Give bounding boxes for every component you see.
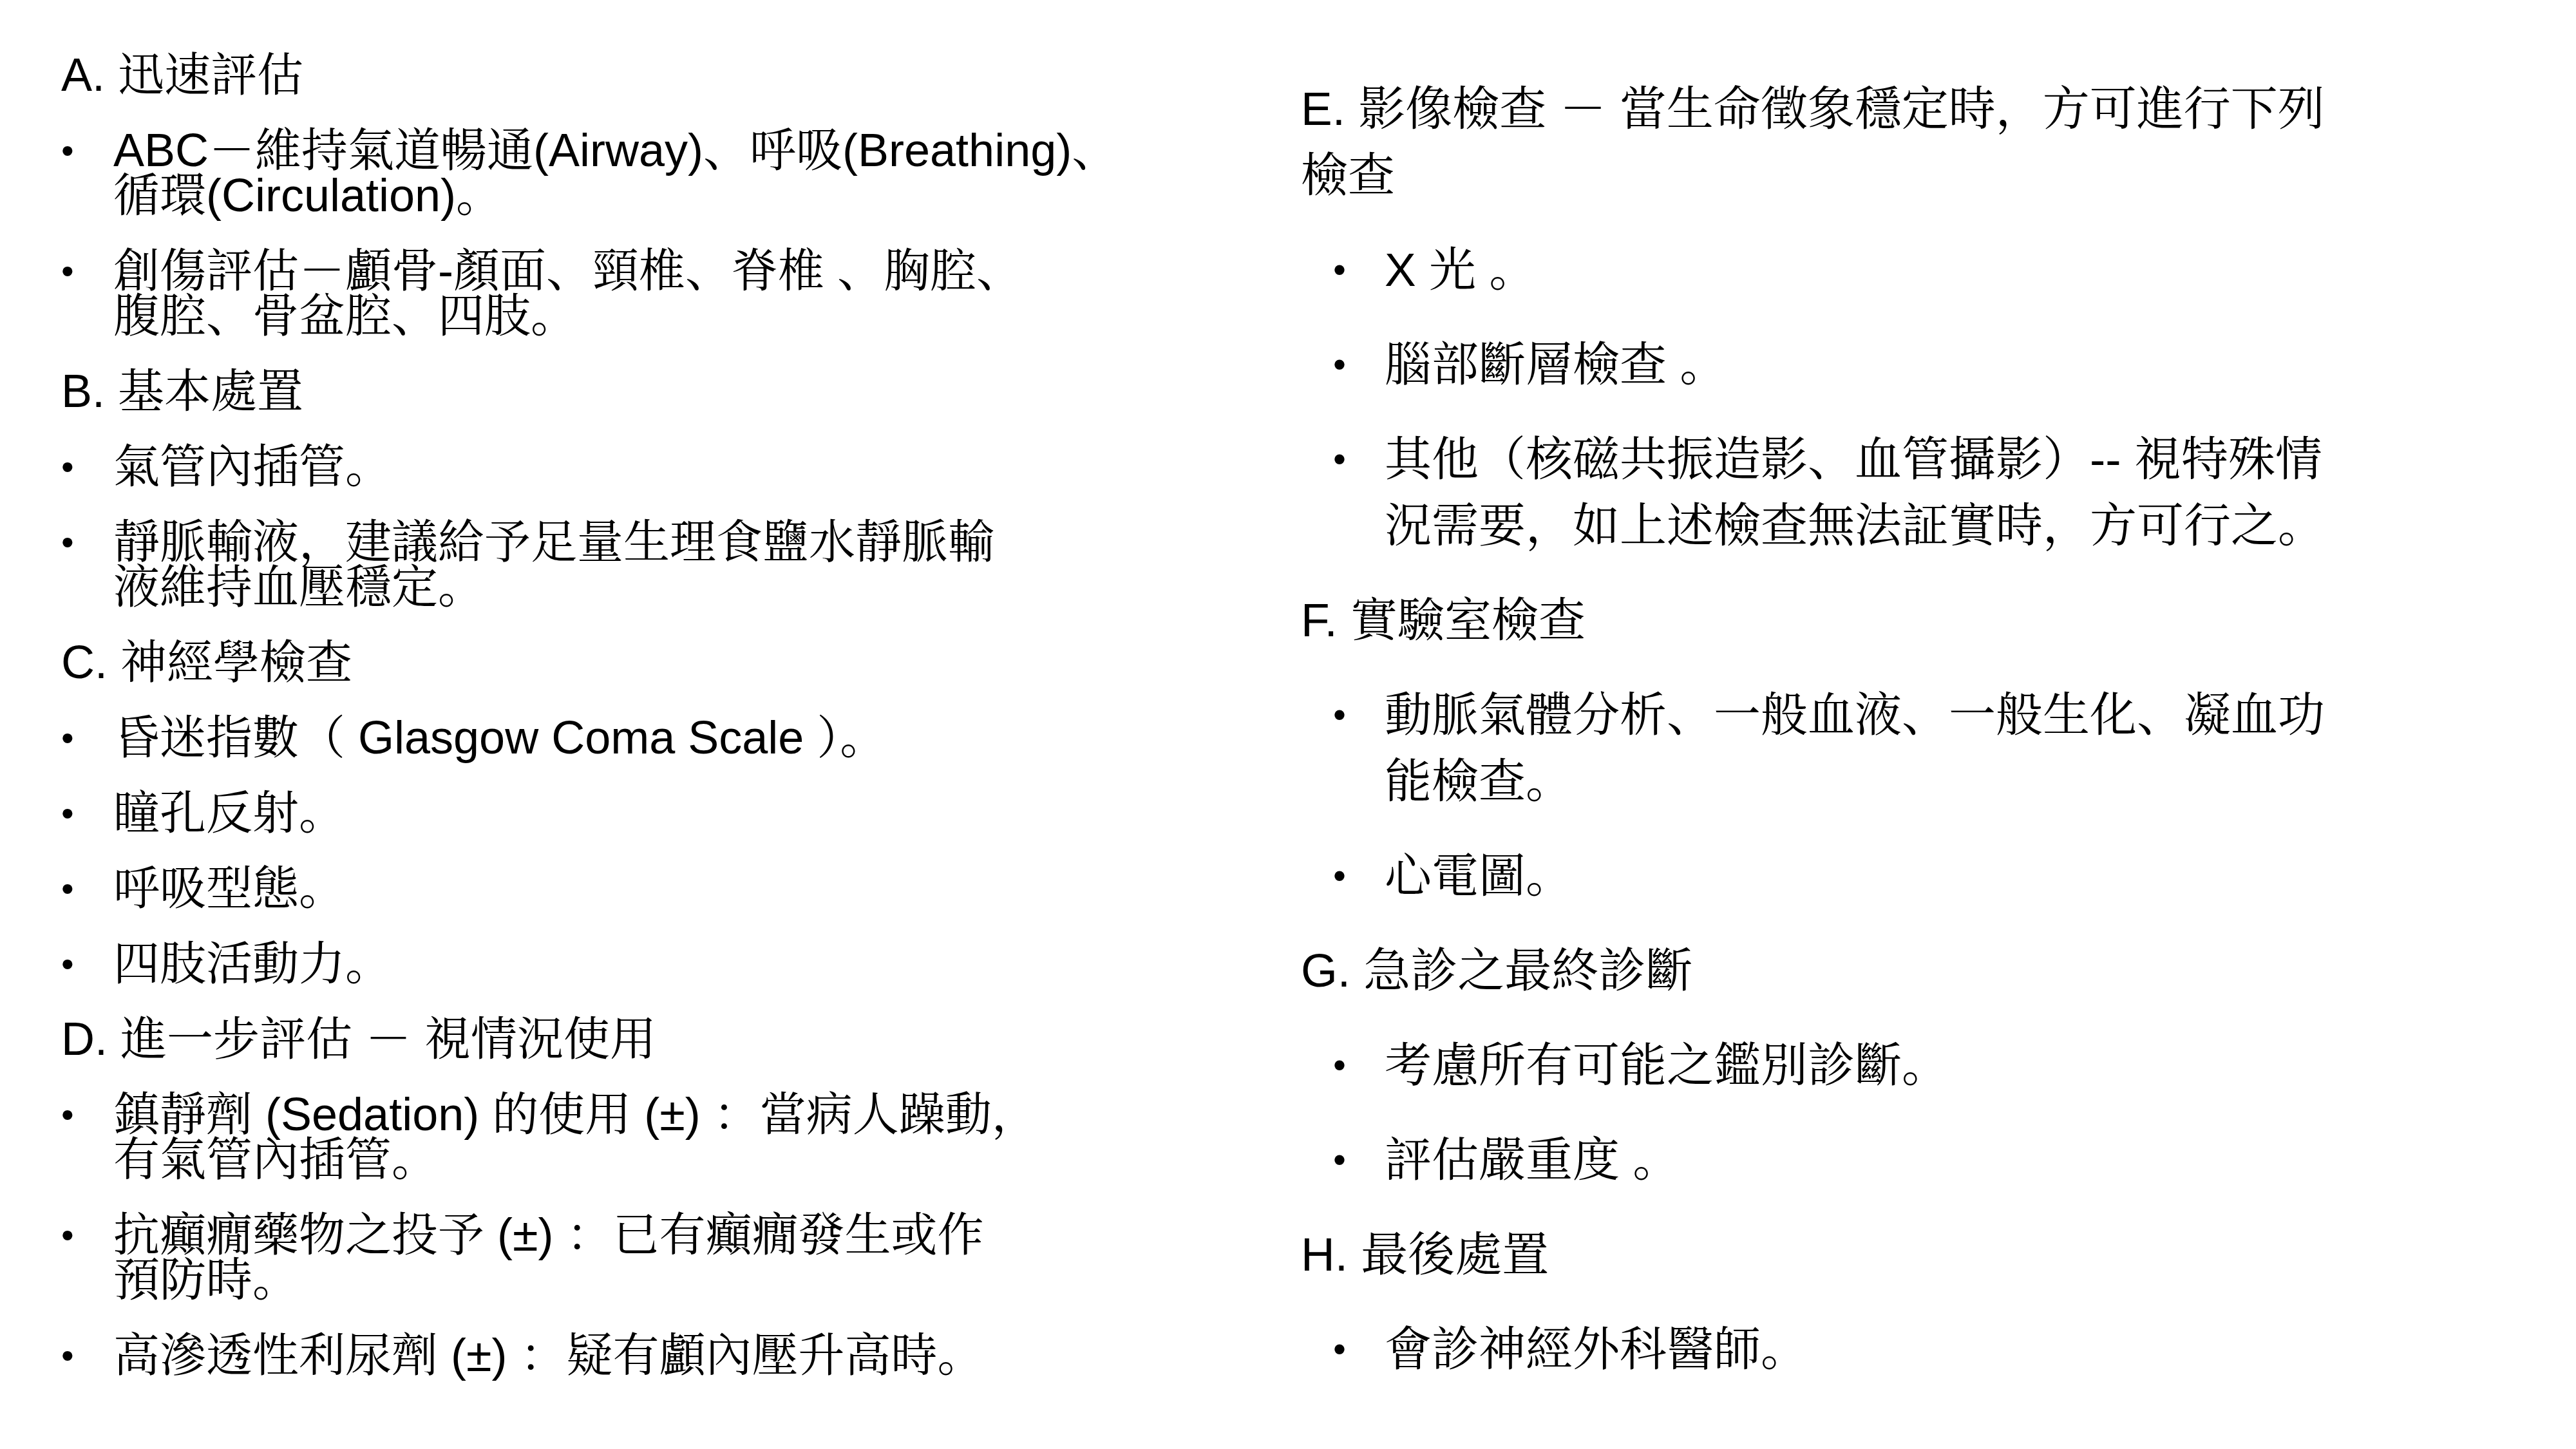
bullet-item: • X 光 。	[1301, 237, 2505, 303]
bullet-icon: •	[61, 1213, 113, 1258]
bullet-icon: •	[1333, 1127, 1385, 1193]
block-text: 四肢活動力。	[113, 942, 392, 987]
bullet-item: • 靜脈輸液，建議給予足量生理食鹽水靜脈輸 液維持血壓穩定。	[61, 520, 1201, 610]
bullet-icon: •	[61, 249, 113, 294]
block-text: X 光 。	[1385, 237, 1536, 303]
block-text: B. 基本處置	[61, 366, 303, 417]
bullet-item: • 考慮所有可能之鑑別診斷。	[1301, 1032, 2505, 1099]
bullet-item: • 評估嚴重度 。	[1301, 1127, 2505, 1193]
bullet-item: • 抗癲癇藥物之投予 (±) ：已有癲癇發生或作 預防時。	[61, 1213, 1201, 1303]
bullet-icon: •	[61, 444, 113, 489]
bullet-icon: •	[1333, 1032, 1385, 1099]
bullet-icon: •	[1333, 682, 1385, 748]
bullet-icon: •	[61, 1092, 113, 1137]
bullet-item: • ABC－維持氣道暢通(Airway)、呼吸(Breathing)、 循環(C…	[61, 128, 1201, 218]
bullet-item: • 腦部斷層檢查 。	[1301, 332, 2505, 398]
block-text: H. 最後處置	[1301, 1229, 1549, 1281]
bullet-item: • 氣管內插管。	[61, 444, 1201, 489]
bullet-item: • 心電圖。	[1301, 843, 2505, 909]
block-text: G. 急診之最終診斷	[1301, 945, 1692, 997]
block-text: 昏迷指數（ Glasgow Coma Scale ）。	[113, 715, 886, 761]
block-text: 鎮靜劑 (Sedation) 的使用 (±) ：當病人躁動， 有氣管內插管。	[113, 1092, 1038, 1182]
section-heading: H. 最後處置	[1301, 1222, 2505, 1288]
bullet-icon: •	[1333, 332, 1385, 398]
block-text: 創傷評估－顱骨-顏面、頸椎、脊椎 、胸腔、 腹腔、骨盆腔、四肢。	[113, 249, 1023, 339]
bullet-item: • 會診神經外科醫師。	[1301, 1316, 2505, 1383]
block-text: 考慮所有可能之鑑別診斷。	[1385, 1032, 1949, 1099]
block-text: 抗癲癇藥物之投予 (±) ：已有癲癇發生或作 預防時。	[113, 1213, 983, 1303]
bullet-item: • 四肢活動力。	[61, 942, 1201, 987]
section-heading: F. 實驗室檢查	[1301, 587, 2505, 654]
block-text: A. 迅速評估	[61, 50, 303, 101]
section-heading: G. 急診之最終診斷	[1301, 938, 2505, 1004]
block-text: 動脈氣體分析、一般血液、一般生化、凝血功 能檢查。	[1385, 682, 2325, 815]
bullet-icon: •	[61, 715, 113, 761]
block-text: 會診神經外科醫師。	[1385, 1316, 1808, 1383]
block-text: C. 神經學檢查	[61, 637, 352, 688]
bullet-icon: •	[61, 1333, 113, 1378]
bullet-icon: •	[61, 520, 113, 565]
block-text: 心電圖。	[1385, 843, 1573, 909]
left-column: A. 迅速評估 • ABC－維持氣道暢通(Airway)、呼吸(Breathin…	[61, 53, 1201, 1408]
bullet-icon: •	[61, 866, 113, 911]
block-text: 靜脈輸液，建議給予足量生理食鹽水靜脈輸 液維持血壓穩定。	[113, 520, 994, 610]
block-text: F. 實驗室檢查	[1301, 594, 1586, 647]
block-text: ABC－維持氣道暢通(Airway)、呼吸(Breathing)、 循環(Cir…	[113, 128, 1118, 218]
bullet-icon: •	[1333, 237, 1385, 303]
bullet-icon: •	[61, 942, 113, 987]
bullet-item: • 瞳孔反射。	[61, 791, 1201, 836]
block-text: 氣管內插管。	[113, 444, 392, 489]
block-text: 高滲透性利尿劑 (±) ：疑有顱內壓升高時。	[113, 1333, 983, 1378]
bullet-item: • 動脈氣體分析、一般血液、一般生化、凝血功 能檢查。	[1301, 682, 2505, 815]
block-text: E. 影像檢查 － 當生命徵象穩定時，方可進行下列 檢查	[1301, 83, 2325, 202]
bullet-icon: •	[1333, 426, 1385, 493]
block-text: 其他（核磁共振造影、血管攝影）-- 視特殊情 況需要，如上述檢查無法証實時，方可…	[1385, 426, 2325, 559]
bullet-item: • 高滲透性利尿劑 (±) ：疑有顱內壓升高時。	[61, 1333, 1201, 1378]
block-text: 腦部斷層檢查 。	[1385, 332, 1727, 398]
bullet-icon: •	[1333, 1316, 1385, 1383]
bullet-icon: •	[61, 791, 113, 836]
bullet-icon: •	[61, 128, 113, 173]
block-text: D. 進一步評估 － 視情況使用	[61, 1014, 656, 1065]
block-text: 呼吸型態。	[113, 866, 345, 911]
section-heading: A. 迅速評估	[61, 53, 1201, 98]
section-heading: C. 神經學檢查	[61, 640, 1201, 685]
bullet-item: • 鎮靜劑 (Sedation) 的使用 (±) ：當病人躁動， 有氣管內插管。	[61, 1092, 1201, 1182]
section-heading: D. 進一步評估 － 視情況使用	[61, 1017, 1201, 1062]
section-heading: E. 影像檢查 － 當生命徵象穩定時，方可進行下列 檢查	[1301, 76, 2505, 209]
block-text: 評估嚴重度 。	[1385, 1127, 1680, 1193]
bullet-icon: •	[1333, 843, 1385, 909]
block-text: 瞳孔反射。	[113, 791, 345, 836]
bullet-item: • 呼吸型態。	[61, 866, 1201, 911]
bullet-item: • 昏迷指數（ Glasgow Coma Scale ）。	[61, 715, 1201, 761]
bullet-item: • 創傷評估－顱骨-顏面、頸椎、脊椎 、胸腔、 腹腔、骨盆腔、四肢。	[61, 249, 1201, 339]
slide-canvas: A. 迅速評估 • ABC－維持氣道暢通(Airway)、呼吸(Breathin…	[0, 0, 2576, 1449]
right-column: E. 影像檢查 － 當生命徵象穩定時，方可進行下列 檢查 • X 光 。 • 腦…	[1301, 76, 2505, 1411]
section-heading: B. 基本處置	[61, 369, 1201, 414]
bullet-item: • 其他（核磁共振造影、血管攝影）-- 視特殊情 況需要，如上述檢查無法証實時，…	[1301, 426, 2505, 559]
